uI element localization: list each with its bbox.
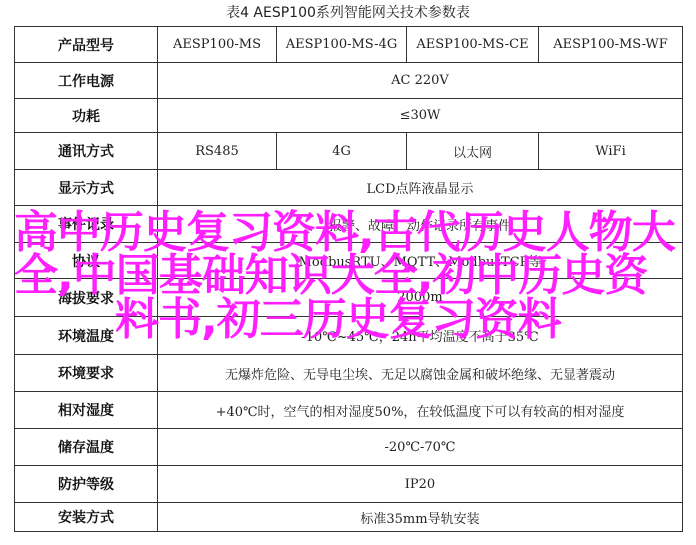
- row-label: 储存温度: [15, 429, 158, 466]
- table-cell: +40℃时，空气的相对湿度50%，在较低温度下可以有较高的相对湿度: [158, 392, 683, 429]
- table-cell: 标准35mm导轨安装: [158, 503, 683, 532]
- table-row: 防护等级 IP20: [15, 466, 683, 503]
- table-row: 事件记录 报警、故障、动作记录所有事件: [15, 206, 683, 243]
- table-cell: ≤30W: [158, 99, 683, 133]
- table-row: 通讯方式 RS485 4G 以太网 WiFi: [15, 133, 683, 170]
- row-label: 防护等级: [15, 466, 158, 503]
- table-row: 安装方式 标准35mm导轨安装: [15, 503, 683, 532]
- document-title: 表4 AESP100系列智能网关技术参数表: [0, 5, 696, 21]
- table-cell: 4G: [277, 133, 407, 170]
- row-label: 环境要求: [15, 355, 158, 392]
- table-cell: AESP100-MS-4G: [277, 27, 407, 63]
- row-label: 环境温度: [15, 317, 158, 355]
- table-row: 海拔要求 2000m: [15, 279, 683, 317]
- table-row: 相对湿度 +40℃时，空气的相对湿度50%，在较低温度下可以有较高的相对湿度: [15, 392, 683, 429]
- table-cell: AC 220V: [158, 63, 683, 99]
- table-cell: AESP100-MS-CE: [407, 27, 539, 63]
- table-cell: IP20: [158, 466, 683, 503]
- table-cell: AESP100-MS: [158, 27, 277, 63]
- table-row: 环境温度 -10℃~45℃，24h平均温度不高于35℃: [15, 317, 683, 355]
- row-label: 显示方式: [15, 170, 158, 206]
- row-label: 产品型号: [15, 27, 158, 63]
- table-cell: -20℃-70℃: [158, 429, 683, 466]
- table-cell: 无爆炸危险、无导电尘埃、无足以腐蚀金属和破坏绝缘、无显著震动: [158, 355, 683, 392]
- spec-table: 产品型号 AESP100-MS AESP100-MS-4G AESP100-MS…: [14, 26, 683, 532]
- row-label: 事件记录: [15, 206, 158, 243]
- table-cell: -10℃~45℃，24h平均温度不高于35℃: [158, 317, 683, 355]
- row-label: 海拔要求: [15, 279, 158, 317]
- table-cell: AESP100-MS-WF: [539, 27, 683, 63]
- table-cell: LCD点阵液晶显示: [158, 170, 683, 206]
- table-cell: 报警、故障、动作记录所有事件: [158, 206, 683, 243]
- row-label: 工作电源: [15, 63, 158, 99]
- table-row: 储存温度 -20℃-70℃: [15, 429, 683, 466]
- row-label: 安装方式: [15, 503, 158, 532]
- row-label: 相对湿度: [15, 392, 158, 429]
- table-cell: WiFi: [539, 133, 683, 170]
- table-cell: 2000m: [158, 279, 683, 317]
- table-cell: 以太网: [407, 133, 539, 170]
- table-cell: ModbusRTU、MQTT、ModbusTCP等: [158, 243, 683, 279]
- table-row: 产品型号 AESP100-MS AESP100-MS-4G AESP100-MS…: [15, 27, 683, 63]
- table-row: 显示方式 LCD点阵液晶显示: [15, 170, 683, 206]
- table-row: 协议 ModbusRTU、MQTT、ModbusTCP等: [15, 243, 683, 279]
- table-row: 功耗 ≤30W: [15, 99, 683, 133]
- table-row: 环境要求 无爆炸危险、无导电尘埃、无足以腐蚀金属和破坏绝缘、无显著震动: [15, 355, 683, 392]
- table-cell: RS485: [158, 133, 277, 170]
- row-label: 通讯方式: [15, 133, 158, 170]
- row-label: 功耗: [15, 99, 158, 133]
- table-row: 工作电源 AC 220V: [15, 63, 683, 99]
- row-label: 协议: [15, 243, 158, 279]
